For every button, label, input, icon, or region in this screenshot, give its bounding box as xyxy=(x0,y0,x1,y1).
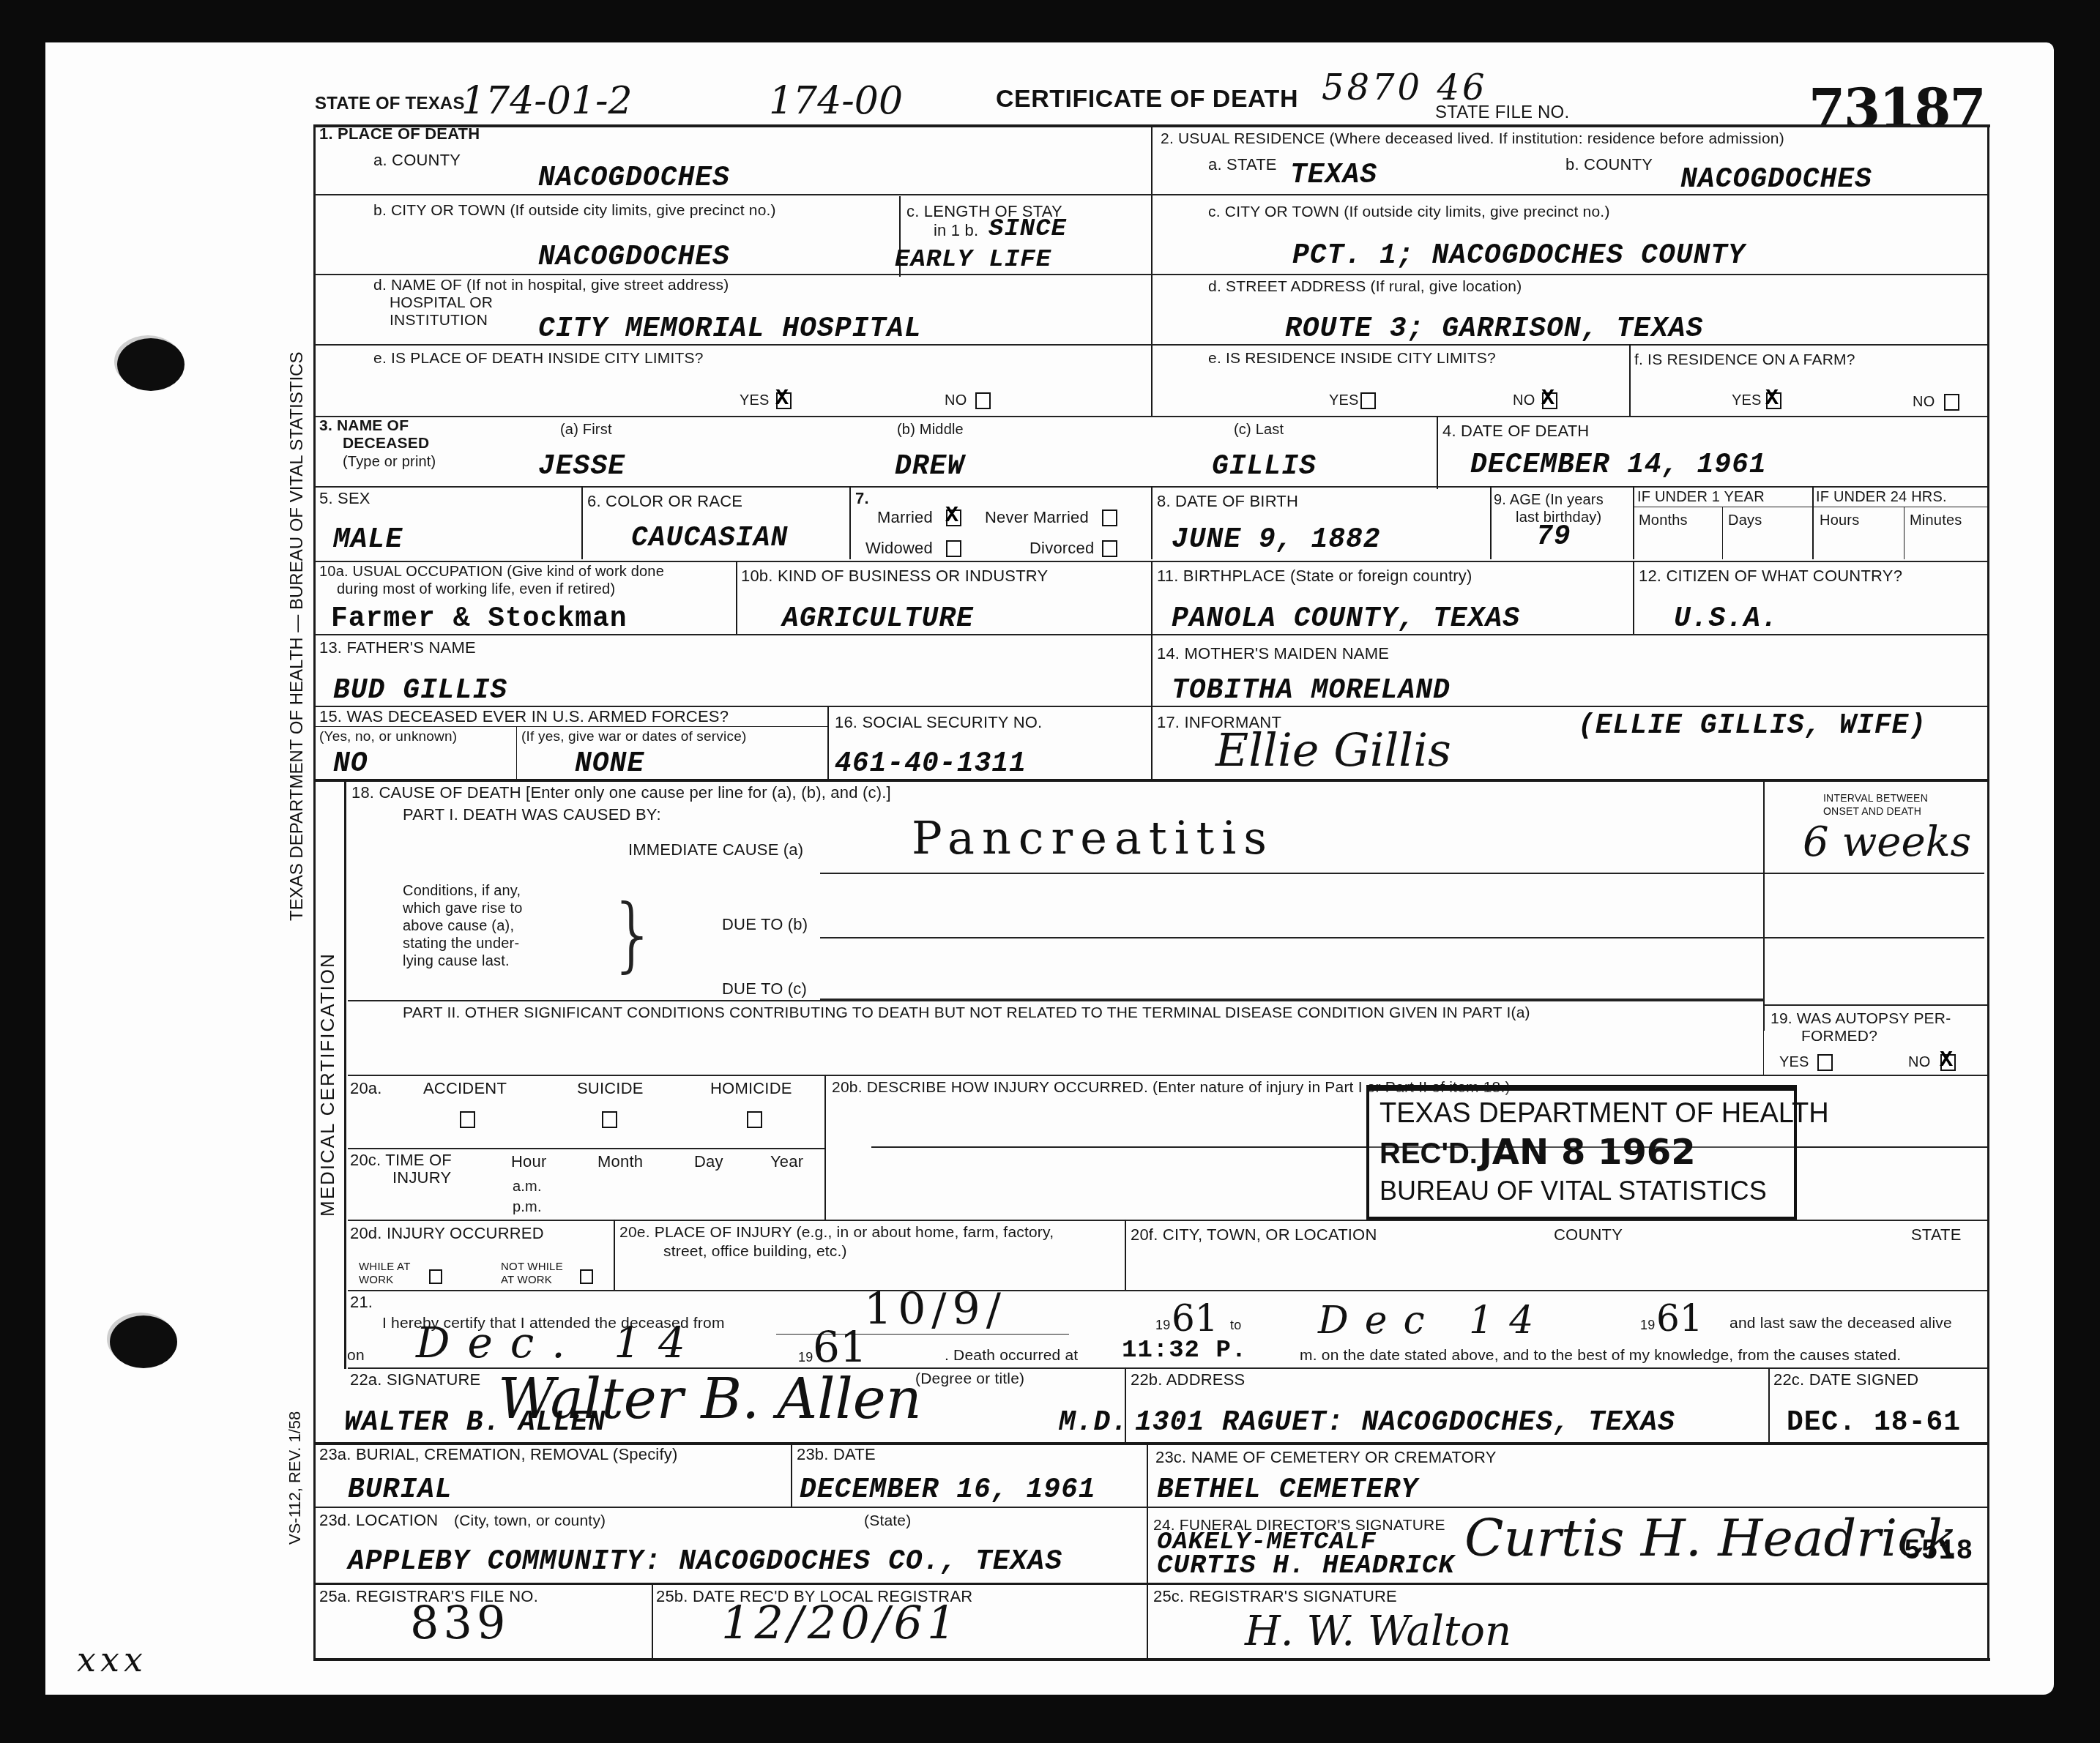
last-name-value: GILLIS xyxy=(1212,451,1317,482)
father-name-value: BUD GILLIS xyxy=(333,675,507,706)
length-of-stay-sublabel: in 1 b. xyxy=(934,221,978,240)
street-address-label: d. STREET ADDRESS (If rural, give locati… xyxy=(1208,278,1522,296)
immediate-cause-line xyxy=(820,873,1984,874)
accident-checkbox[interactable] xyxy=(460,1111,475,1128)
condition-note-2: above cause (a), xyxy=(403,918,514,935)
physician-typed-name: WALTER B. ALLEN xyxy=(344,1407,606,1438)
injury-county-label: COUNTY xyxy=(1554,1225,1623,1244)
hospital-value: CITY MEMORIAL HOSPITAL xyxy=(538,313,922,345)
armed-service-value: NONE xyxy=(575,748,644,780)
burial-date-value: DECEMBER 16, 1961 xyxy=(800,1474,1096,1506)
cell-divider xyxy=(791,1442,792,1507)
due-to-b-label: DUE TO (b) xyxy=(722,915,808,934)
age-label: 9. AGE (In years xyxy=(1494,492,1604,509)
length-of-stay-value-1: SINCE xyxy=(988,215,1067,243)
time-of-death-value: 11:32 P. xyxy=(1122,1337,1247,1365)
sub-divider xyxy=(1634,507,1987,507)
date-signed-value: DEC. 18-61 xyxy=(1787,1407,1961,1438)
under-one-year-label: IF UNDER 1 YEAR xyxy=(1637,489,1765,506)
residence-county-label: b. COUNTY xyxy=(1565,155,1653,174)
father-name-label: 13. FATHER'S NAME xyxy=(319,638,476,657)
married-label: Married xyxy=(877,508,933,527)
interval-label-2: ONSET AND DEATH xyxy=(1823,805,1921,817)
stamp-bureau: BUREAU OF VITAL STATISTICS xyxy=(1379,1176,1767,1206)
residence-city-label: c. CITY OR TOWN (If outside city limits,… xyxy=(1208,204,1610,221)
pm-label: p.m. xyxy=(513,1199,542,1216)
cell-divider xyxy=(824,1075,826,1221)
farm-no-checkbox[interactable] xyxy=(1944,394,1959,411)
cell-divider xyxy=(1633,561,1634,634)
date-signed-label: 22c. DATE SIGNED xyxy=(1773,1370,1918,1389)
cell-divider xyxy=(1722,507,1723,559)
armed-forces-value: NO xyxy=(333,748,368,780)
condition-note-4: lying cause last. xyxy=(403,953,510,970)
widowed-checkbox[interactable] xyxy=(946,540,961,557)
row-divider xyxy=(315,194,1987,195)
year-prefix-label: 19 xyxy=(1640,1318,1655,1333)
to-label: to xyxy=(1230,1318,1241,1333)
form-left-border xyxy=(313,124,316,1660)
date-received-value: 12/20/61 xyxy=(721,1596,960,1649)
part-two-label: PART II. OTHER SIGNIFICANT CONDITIONS CO… xyxy=(403,1004,1530,1022)
yes-label: YES xyxy=(1329,392,1359,409)
last-seen-date: Dec. 14 xyxy=(416,1318,703,1367)
cemetery-label: 23c. NAME OF CEMETERY OR CREMATORY xyxy=(1155,1448,1497,1467)
name-of-deceased-label: 3. NAME OF xyxy=(319,417,409,435)
homicide-label: HOMICIDE xyxy=(710,1079,792,1098)
autopsy-no-checkbox[interactable] xyxy=(1940,1054,1956,1071)
death-county-value: NACOGDOCHES xyxy=(538,163,730,194)
farm-yes-checkbox[interactable] xyxy=(1766,392,1781,409)
registrar-signature: H. W. Walton xyxy=(1245,1608,1511,1655)
usual-residence-label: 2. USUAL RESIDENCE (Where deceased lived… xyxy=(1161,130,1784,148)
armed-forces-sublabel-2: (If yes, give war or dates of service) xyxy=(521,729,746,745)
time-of-injury-label: 20c. TIME OF xyxy=(350,1151,452,1170)
last-name-label: (c) Last xyxy=(1234,422,1284,438)
disposition-value: BURIAL xyxy=(348,1474,453,1506)
middle-name-label: (b) Middle xyxy=(897,422,964,438)
farm-divider xyxy=(1629,344,1631,417)
yes-label: YES xyxy=(1732,392,1762,409)
cell-divider xyxy=(516,726,517,779)
cell-divider xyxy=(1125,1367,1126,1444)
certification-closing-text: m. on the date stated above, and to the … xyxy=(1300,1347,1901,1365)
last-saw-text: and last saw the deceased alive xyxy=(1729,1315,1952,1332)
sub-divider xyxy=(348,1148,824,1149)
cell-divider xyxy=(1125,1220,1126,1290)
hour-label: Hour xyxy=(511,1152,547,1171)
due-to-c-label: DUE TO (c) xyxy=(722,979,807,999)
residence-inside-limits-label: e. IS RESIDENCE INSIDE CITY LIMITS? xyxy=(1208,350,1496,367)
not-at-work-sublabel: AT WORK xyxy=(501,1274,552,1286)
cause-of-death-label: 18. CAUSE OF DEATH [Enter only one cause… xyxy=(351,783,891,802)
occupation-label: 10a. USUAL OCCUPATION (Give kind of work… xyxy=(319,564,664,581)
birthplace-label: 11. BIRTHPLACE (State or foreign country… xyxy=(1157,567,1472,586)
residence-city-value: PCT. 1; NACOGDOCHES COUNTY xyxy=(1292,240,1746,272)
burial-location-sublabel-2: (State) xyxy=(864,1512,911,1530)
widowed-label: Widowed xyxy=(865,539,933,558)
autopsy-yes-checkbox[interactable] xyxy=(1817,1054,1833,1071)
death-city-value: NACOGDOCHES xyxy=(538,242,730,273)
cell-divider xyxy=(827,706,829,779)
date-of-death-divider xyxy=(1437,416,1438,489)
suicide-label: SUICIDE xyxy=(577,1079,644,1098)
year-prefix-label: 19 xyxy=(798,1350,813,1365)
row-divider xyxy=(348,1220,1987,1221)
days-label: Days xyxy=(1728,512,1762,529)
form-bottom-border xyxy=(313,1658,1990,1661)
attended-to-date: Dec 14 xyxy=(1318,1299,1549,1343)
funeral-license-number: 5518 xyxy=(1904,1536,1973,1567)
part-divider xyxy=(348,1000,1763,1001)
cell-divider xyxy=(1633,486,1634,559)
time-of-injury-sublabel: INJURY xyxy=(392,1168,451,1187)
burial-location-value: APPLEBY COMMUNITY: NACOGDOCHES CO., TEXA… xyxy=(348,1546,1062,1578)
certificate-number: 73187 xyxy=(1809,77,1985,139)
due-to-b-line xyxy=(820,937,1984,938)
sub-divider xyxy=(315,726,827,727)
first-name-label: (a) First xyxy=(560,422,612,438)
row-divider xyxy=(315,779,1987,782)
mother-name-label: 14. MOTHER'S MAIDEN NAME xyxy=(1157,644,1389,663)
while-at-work-checkbox[interactable] xyxy=(429,1269,442,1284)
no-label: NO xyxy=(945,392,967,409)
race-value: CAUCASIAN xyxy=(631,523,788,554)
cell-divider xyxy=(1151,706,1153,779)
month-label: Month xyxy=(597,1152,643,1171)
row-divider xyxy=(315,274,1987,275)
months-label: Months xyxy=(1639,512,1688,529)
manner-label: 20a. xyxy=(350,1079,382,1098)
date-of-death-label: 4. DATE OF DEATH xyxy=(1442,422,1589,441)
race-label: 6. COLOR OR RACE xyxy=(587,492,742,511)
attended-from-date: 10/9/ xyxy=(864,1284,1007,1335)
yes-label: YES xyxy=(1779,1054,1809,1071)
hospital-label-2: HOSPITAL OR xyxy=(390,294,493,312)
state-file-no-label: STATE FILE NO. xyxy=(1435,102,1569,123)
injury-occurred-label: 20d. INJURY OCCURRED xyxy=(350,1224,544,1243)
immediate-cause-label: IMMEDIATE CAUSE (a) xyxy=(628,840,803,859)
never-married-checkbox[interactable] xyxy=(1102,510,1117,526)
cell-divider xyxy=(1812,486,1814,559)
stamp-received-label: REC'D. xyxy=(1379,1138,1478,1171)
funeral-director-value: CURTIS H. HEADRICK xyxy=(1157,1550,1455,1580)
row-divider xyxy=(348,1290,1987,1291)
state-of-texas-label: STATE OF TEXAS xyxy=(315,94,465,114)
cemetery-value: BETHEL CEMETERY xyxy=(1157,1474,1418,1506)
while-at-work-label: WHILE AT xyxy=(359,1261,411,1273)
death-city-label: b. CITY OR TOWN (If outside city limits,… xyxy=(373,202,776,220)
cell-divider xyxy=(1768,1367,1770,1444)
medical-certification-vertical-text: MEDICAL CERTIFICATION xyxy=(316,952,339,1217)
cell-divider xyxy=(614,1220,615,1290)
not-at-work-label: NOT WHILE xyxy=(501,1261,563,1273)
attended-from-year: 61 xyxy=(1172,1297,1218,1340)
date-of-birth-value: JUNE 9, 1882 xyxy=(1172,524,1381,556)
autopsy-left-rule xyxy=(1763,1004,1764,1075)
conditions-brace: } xyxy=(608,887,659,981)
year-prefix-label: 19 xyxy=(1155,1318,1170,1333)
row-divider xyxy=(315,1583,1987,1585)
cell-divider xyxy=(1904,507,1904,559)
column-divider xyxy=(1151,124,1153,417)
punch-hole-top xyxy=(117,338,185,391)
row-divider xyxy=(348,1075,1987,1076)
cell-divider xyxy=(1151,486,1153,559)
physician-address-label: 22b. ADDRESS xyxy=(1131,1370,1245,1389)
under-24-hours-label: IF UNDER 24 HRS. xyxy=(1816,489,1947,506)
row-divider xyxy=(315,416,1987,417)
condition-note-0: Conditions, if any, xyxy=(403,883,521,900)
armed-forces-label: 15. WAS DECEASED EVER IN U.S. ARMED FORC… xyxy=(319,707,729,726)
stamp-agency: TEXAS DEPARTMENT OF HEALTH xyxy=(1379,1098,1829,1130)
occupation-sublabel: during most of working life, even if ret… xyxy=(337,581,615,598)
cell-divider xyxy=(652,1583,653,1659)
condition-note-3: stating the under- xyxy=(403,936,519,952)
length-of-stay-value-2: EARLY LIFE xyxy=(895,246,1051,274)
homicide-checkbox[interactable] xyxy=(747,1111,762,1128)
age-value: 79 xyxy=(1536,521,1571,553)
injury-state-label: STATE xyxy=(1911,1225,1962,1244)
divorced-label: Divorced xyxy=(1029,539,1094,558)
interval-value: 6 weeks xyxy=(1803,818,1971,866)
minutes-label: Minutes xyxy=(1910,512,1962,529)
cell-divider xyxy=(736,561,737,634)
registrar-file-no-value: 839 xyxy=(410,1596,510,1649)
cell-divider xyxy=(1147,1442,1148,1659)
cell-divider xyxy=(1151,561,1153,634)
handwritten-code-2: 174-00 xyxy=(769,79,903,123)
punch-hole-bottom xyxy=(110,1315,177,1368)
death-inside-limits-yes-checkbox[interactable] xyxy=(776,392,792,409)
yes-label: YES xyxy=(740,392,770,409)
certificate-title: CERTIFICATE OF DEATH xyxy=(996,85,1298,113)
physician-degree: M.D. xyxy=(1059,1407,1128,1438)
agency-vertical-text: TEXAS DEPARTMENT OF HEALTH — BUREAU OF V… xyxy=(287,352,308,921)
on-label: on xyxy=(347,1347,365,1365)
informant-signature: Ellie Gillis xyxy=(1215,723,1451,777)
am-label: a.m. xyxy=(513,1179,542,1195)
occupation-value: Farmer & Stockman xyxy=(331,603,628,635)
marital-status-label: 7. xyxy=(855,489,869,508)
day-label: Day xyxy=(694,1152,723,1171)
attended-to-year: 61 xyxy=(1656,1297,1703,1340)
hours-label: Hours xyxy=(1820,512,1859,529)
physician-address: 1301 RAGUET: NACOGDOCHES, TEXAS xyxy=(1135,1407,1675,1438)
farm-label: f. IS RESIDENCE ON A FARM? xyxy=(1634,351,1855,369)
industry-label: 10b. KIND OF BUSINESS OR INDUSTRY xyxy=(741,567,1048,586)
birthplace-value: PANOLA COUNTY, TEXAS xyxy=(1172,603,1520,635)
first-name-value: JESSE xyxy=(538,451,625,482)
form-right-border xyxy=(1987,124,1989,1660)
suicide-checkbox[interactable] xyxy=(602,1111,617,1128)
sex-value: MALE xyxy=(333,524,403,556)
ssn-label: 16. SOCIAL SECURITY NO. xyxy=(835,713,1042,732)
certification-item-label: 21. xyxy=(350,1293,373,1312)
name-of-deceased-label-2: DECEASED xyxy=(343,435,429,452)
last-seen-year: 61 xyxy=(813,1322,867,1372)
year-label: Year xyxy=(770,1152,803,1171)
cell-divider xyxy=(1151,634,1153,707)
armed-forces-sublabel-1: (Yes, no, or unknown) xyxy=(319,729,457,745)
autopsy-top-line xyxy=(1763,1004,1987,1006)
street-address-value: ROUTE 3; GARRISON, TEXAS xyxy=(1285,313,1703,345)
funeral-director-signature: Curtis H. Headrick xyxy=(1464,1508,1957,1568)
hospital-label-3: INSTITUTION xyxy=(390,312,488,329)
ssn-value: 461-40-1311 xyxy=(835,748,1027,780)
cell-divider xyxy=(1490,486,1492,559)
degree-label: (Degree or title) xyxy=(915,1370,1024,1388)
sex-label: 5. SEX xyxy=(319,489,371,508)
form-revision-text: VS-112, REV. 1/58 xyxy=(286,1411,305,1545)
autopsy-sublabel: FORMED? xyxy=(1801,1028,1877,1045)
informant-typed-name: (ELLIE GILLIS, WIFE) xyxy=(1578,710,1926,742)
death-occurred-label: . Death occurred at xyxy=(945,1347,1078,1365)
citizen-label: 12. CITIZEN OF WHAT COUNTRY? xyxy=(1639,567,1902,586)
immediate-cause-value: Pancreatitis xyxy=(912,811,1274,865)
no-label: NO xyxy=(1908,1054,1930,1071)
accident-label: ACCIDENT xyxy=(423,1079,507,1098)
injury-location-label: 20f. CITY, TOWN, OR LOCATION xyxy=(1131,1225,1377,1244)
residence-inside-limits-no-checkbox[interactable] xyxy=(1542,392,1557,409)
death-inside-limits-label: e. IS PLACE OF DEATH INSIDE CITY LIMITS? xyxy=(373,350,704,367)
medical-section-left-rule xyxy=(344,779,346,1369)
no-label: NO xyxy=(1513,392,1535,409)
hospital-label: d. NAME OF (If not in hospital, give str… xyxy=(373,277,729,294)
divorced-checkbox[interactable] xyxy=(1102,540,1117,557)
married-checkbox[interactable] xyxy=(946,510,961,526)
date-of-death-value: DECEMBER 14, 1961 xyxy=(1470,449,1767,481)
no-label: NO xyxy=(1913,394,1935,411)
never-married-label: Never Married xyxy=(985,508,1089,527)
autopsy-label: 19. WAS AUTOPSY PER- xyxy=(1771,1010,1951,1028)
physician-signature-label: 22a. SIGNATURE xyxy=(350,1370,480,1389)
death-inside-limits-no-checkbox[interactable] xyxy=(975,392,991,409)
part-one-label: PART I. DEATH WAS CAUSED BY: xyxy=(403,805,661,824)
disposition-label: 23a. BURIAL, CREMATION, REMOVAL (Specify… xyxy=(319,1445,677,1464)
handwritten-xxx-marks: xxx xyxy=(77,1640,147,1679)
place-of-death-label: 1. PLACE OF DEATH xyxy=(319,124,480,143)
death-county-label: a. COUNTY xyxy=(373,151,461,170)
registrar-signature-label: 25c. REGISTRAR'S SIGNATURE xyxy=(1153,1587,1397,1606)
row-divider xyxy=(315,344,1987,346)
not-at-work-checkbox[interactable] xyxy=(580,1269,593,1284)
date-of-birth-label: 8. DATE OF BIRTH xyxy=(1157,492,1298,511)
burial-location-sublabel-1: (City, town, or county) xyxy=(454,1512,606,1530)
mother-name-value: TOBITHA MORELAND xyxy=(1172,675,1451,706)
industry-value: AGRICULTURE xyxy=(782,603,974,635)
stamp-date: JAN 8 1962 xyxy=(1479,1132,1696,1173)
residence-inside-limits-yes-checkbox[interactable] xyxy=(1360,392,1376,409)
interval-label-1: INTERVAL BETWEEN xyxy=(1823,792,1928,804)
place-of-injury-label: 20e. PLACE OF INJURY (e.g., in or about … xyxy=(619,1224,1054,1242)
burial-location-label: 23d. LOCATION xyxy=(319,1511,438,1530)
while-at-work-sublabel: WORK xyxy=(359,1274,393,1286)
cell-divider xyxy=(581,486,583,559)
handwritten-code-1: 174-01-2 xyxy=(461,79,633,123)
cell-divider xyxy=(849,486,851,559)
citizen-value: U.S.A. xyxy=(1674,603,1779,635)
burial-date-label: 23b. DATE xyxy=(797,1445,876,1464)
residence-state-value: TEXAS xyxy=(1290,160,1377,191)
condition-note-1: which gave rise to xyxy=(403,900,523,917)
residence-county-value: NACOGDOCHES xyxy=(1680,164,1872,195)
interval-column-divider xyxy=(1763,782,1765,1031)
middle-name-value: DREW xyxy=(895,451,964,482)
received-stamp: TEXAS DEPARTMENT OF HEALTH REC'D. JAN 8 … xyxy=(1366,1085,1797,1220)
place-of-injury-sublabel: street, office building, etc.) xyxy=(663,1243,847,1261)
type-or-print-label: (Type or print) xyxy=(343,454,436,471)
residence-state-label: a. STATE xyxy=(1208,155,1277,174)
